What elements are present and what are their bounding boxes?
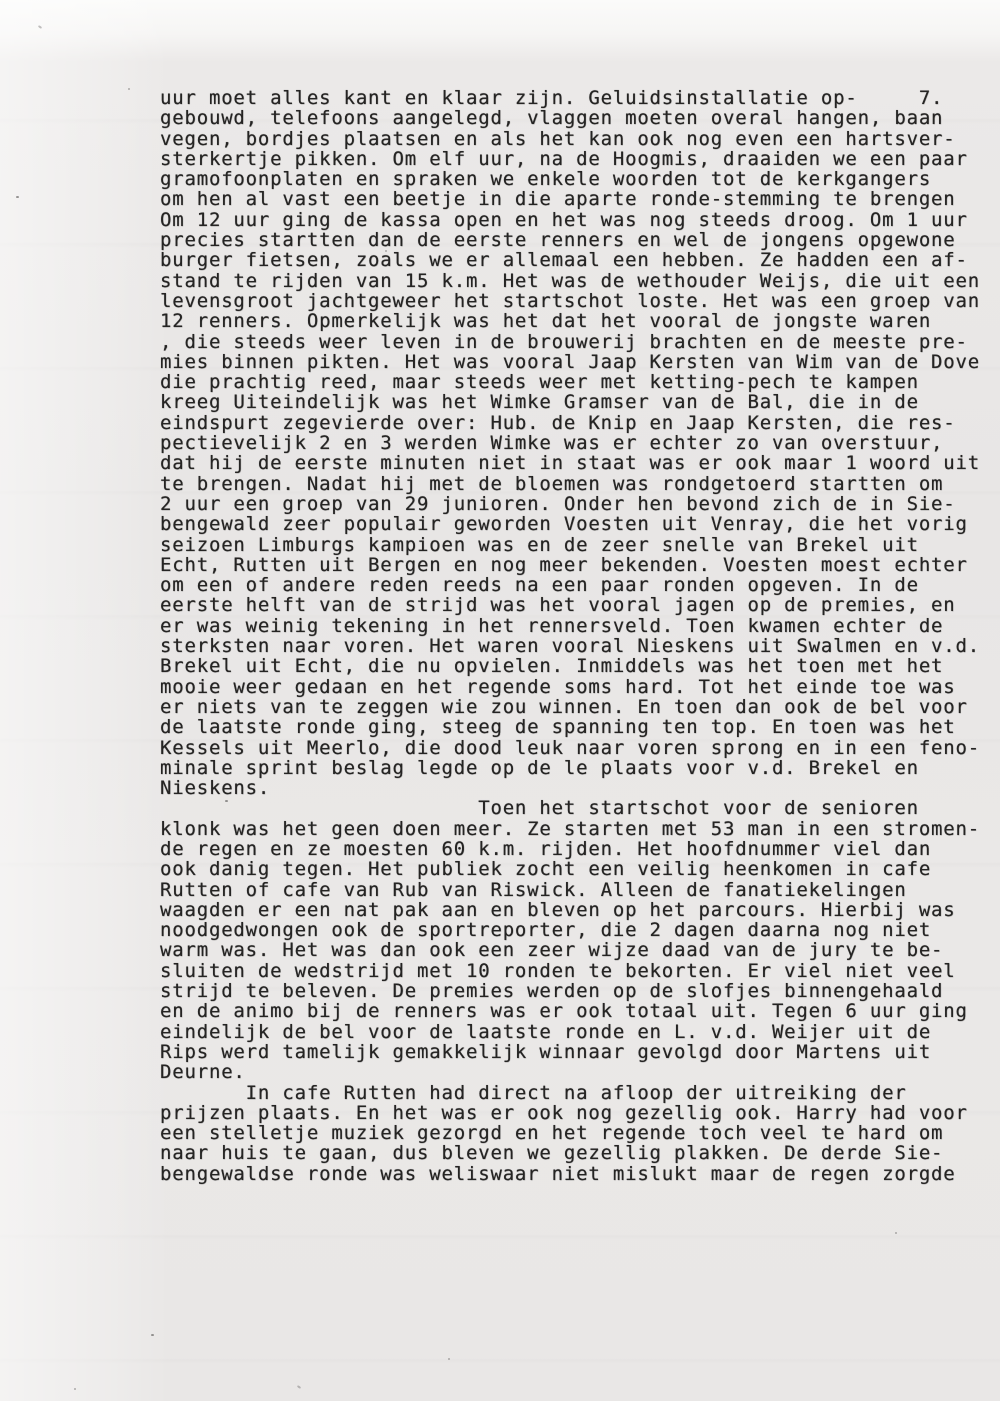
- text-line: Echt, Rutten uit Bergen en nog meer beke…: [160, 555, 990, 575]
- paper-speck: [495, 1113, 497, 1115]
- text-line: gebouwd, telefoons aangelegd, vlaggen mo…: [160, 108, 990, 128]
- text-line: warm was. Het was dan ook een zeer wijze…: [160, 940, 990, 960]
- text-line: mooie weer gedaan en het regende soms ha…: [160, 677, 990, 697]
- text-line: Nieskens.: [160, 778, 990, 798]
- text-line: die prachtig reed, maar steeds weer met …: [160, 372, 990, 392]
- text-line: eindspurt zegevierde over: Hub. de Knip …: [160, 413, 990, 433]
- text-line: Rutten of cafe van Rub van Riswick. Alle…: [160, 880, 990, 900]
- paper-speck: [225, 800, 228, 802]
- text-line: bengewaldse ronde was weliswaar niet mis…: [160, 1164, 990, 1184]
- text-line: pectievelijk 2 en 3 werden Wimke was er …: [160, 433, 990, 453]
- text-line: naar huis te gaan, dus bleven we gezelli…: [160, 1143, 990, 1163]
- text-line: sterksten naar voren. Het waren vooral N…: [160, 636, 990, 656]
- text-line: eindelijk de bel voor de laatste ronde e…: [160, 1022, 990, 1042]
- scanned-page: uur moet alles kant en klaar zijn. Gelui…: [0, 0, 1000, 1401]
- text-line: precies startten dan de eerste renners e…: [160, 230, 990, 250]
- typewritten-text: uur moet alles kant en klaar zijn. Gelui…: [160, 88, 990, 1184]
- text-line: om hen al vast een beetje in die aparte …: [160, 189, 990, 209]
- text-line: vegen, bordjes plaatsen en als het kan o…: [160, 129, 990, 149]
- text-line: om een of andere reden reeds na een paar…: [160, 575, 990, 595]
- text-line: burger fietsen, zoals we er allemaal een…: [160, 250, 990, 270]
- paper-speck: [320, 522, 322, 524]
- text-line: uur moet alles kant en klaar zijn. Gelui…: [160, 88, 990, 108]
- text-line: er niets van te zeggen wie zou winnen. E…: [160, 697, 990, 717]
- paper-speck: [74, 1388, 76, 1390]
- text-line: bengewald zeer populair geworden Voesten…: [160, 514, 990, 534]
- text-line: Om 12 uur ging de kassa open en het was …: [160, 210, 990, 230]
- text-line: seizoen Limburgs kampioen was en de zeer…: [160, 535, 990, 555]
- text-line: er was weinig tekening in het rennersvel…: [160, 616, 990, 636]
- text-line: ook danig tegen. Het publiek zocht een v…: [160, 859, 990, 879]
- text-line: Brekel uit Echt, die nu opvielen. Inmidd…: [160, 656, 990, 676]
- text-line: eerste helft van de strijd was het voora…: [160, 595, 990, 615]
- text-line: sterkertje pikken. Om elf uur, na de Hoo…: [160, 149, 990, 169]
- paper-speck: [895, 1232, 897, 1234]
- text-line: , die steeds weer leven in de brouwerij …: [160, 332, 990, 352]
- text-line: klonk was het geen doen meer. Ze starten…: [160, 819, 990, 839]
- text-line: Kessels uit Meerlo, die dood leuk naar v…: [160, 738, 990, 758]
- text-line: 2 uur een groep van 29 junioren. Onder h…: [160, 494, 990, 514]
- text-line: te brengen. Nadat hij met de bloemen was…: [160, 474, 990, 494]
- paper-speck: [297, 1385, 301, 1389]
- text-line: mies binnen pikten. Het was vooral Jaap …: [160, 352, 990, 372]
- text-line: Rips werd tamelijk gemakkelijk winnaar g…: [160, 1042, 990, 1062]
- text-line: een stelletje muziek gezorgd en het rege…: [160, 1123, 990, 1143]
- text-line: de laatste ronde ging, steeg de spanning…: [160, 717, 990, 737]
- text-line: In cafe Rutten had direct na afloop der …: [160, 1083, 990, 1103]
- text-line: 12 renners. Opmerkelijk was het dat het …: [160, 311, 990, 331]
- text-line: levensgroot jachtgeweer het startschot l…: [160, 291, 990, 311]
- text-line: sluiten de wedstrijd met 10 ronden te be…: [160, 961, 990, 981]
- text-line: en de animo bij de renners was er ook to…: [160, 1001, 990, 1021]
- text-line: noodgedwongen ook de sportreporter, die …: [160, 920, 990, 940]
- text-line: prijzen plaats. En het was er ook nog ge…: [160, 1103, 990, 1123]
- text-line: kreeg Uiteindelijk was het Wimke Gramser…: [160, 392, 990, 412]
- paper-speck: [38, 25, 42, 29]
- text-line: de regen en ze moesten 60 k.m. rijden. H…: [160, 839, 990, 859]
- paper-speck: [16, 196, 19, 198]
- text-line: stand te rijden van 15 k.m. Het was de w…: [160, 271, 990, 291]
- paper-speck: [128, 88, 130, 90]
- text-line: minale sprint beslag legde op de le plaa…: [160, 758, 990, 778]
- paper-speck: [151, 1334, 154, 1336]
- text-line: gramofoonplaten en spraken we enkele woo…: [160, 169, 990, 189]
- text-line: strijd te beleven. De premies werden op …: [160, 981, 990, 1001]
- text-line: dat hij de eerste minuten niet in staat …: [160, 453, 990, 473]
- text-line: Deurne.: [160, 1062, 990, 1082]
- text-line: Toen het startschot voor de senioren: [160, 798, 990, 818]
- paper-speck: [385, 250, 387, 252]
- text-line: waagden er een nat pak aan en bleven op …: [160, 900, 990, 920]
- paper-speck: [448, 1358, 450, 1360]
